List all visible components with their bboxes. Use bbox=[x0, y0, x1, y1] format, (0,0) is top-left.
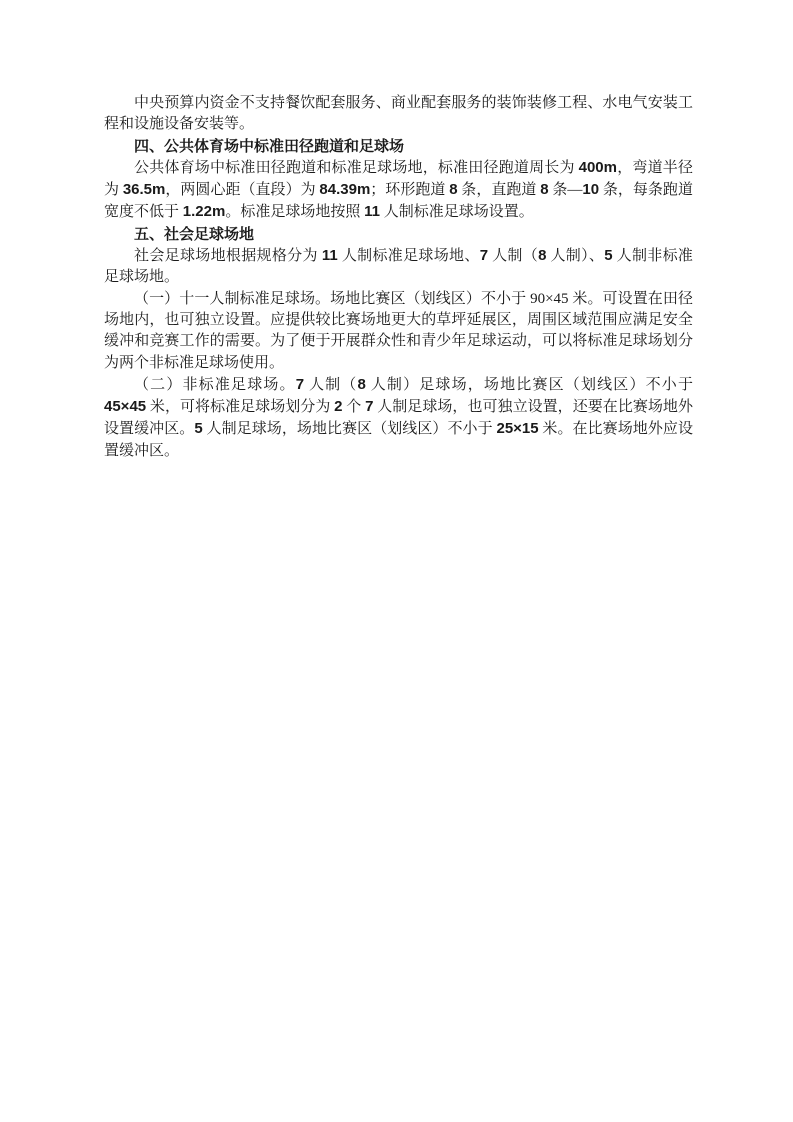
numeric-value: 25×15 bbox=[496, 420, 538, 437]
text-run: 人制足球场，场地比赛区（划线区）不小于 bbox=[203, 421, 497, 437]
numeric-value: 7 bbox=[296, 376, 304, 393]
text-run: 公共体育场中标准田径跑道和标准足球场地，标准田径跑道周长为 bbox=[134, 160, 579, 176]
text-run: ；环形跑道 bbox=[370, 182, 449, 198]
paragraph-track-specs: 公共体育场中标准田径跑道和标准足球场地，标准田径跑道周长为 400m，弯道半径为… bbox=[104, 157, 693, 224]
numeric-value: 84.39m bbox=[319, 181, 370, 198]
text-run: 米，可将标准足球场划分为 bbox=[146, 399, 334, 415]
section-heading-4: 四、公共体育场中标准田径跑道和足球场 bbox=[104, 136, 693, 157]
paragraph-funding-restriction: 中央预算内资金不支持餐饮配套服务、商业配套服务的装饰装修工程、水电气安装工程和设… bbox=[104, 93, 693, 136]
text-run: 人制）、 bbox=[546, 248, 604, 264]
numeric-value: 1.22m bbox=[183, 203, 226, 220]
text-run: 条— bbox=[549, 182, 583, 198]
text-run: 人制）足球场，场地比赛区（划线区）不小于 bbox=[366, 377, 693, 393]
text-run: 个 bbox=[343, 399, 366, 415]
numeric-value: 45×45 bbox=[104, 398, 146, 415]
text-run: （二）非标准足球场。 bbox=[134, 377, 296, 393]
numeric-value: 11 bbox=[322, 247, 338, 264]
text-run: 人制（ bbox=[304, 377, 357, 393]
text-run: （一）十一人制标准足球场。场地比赛区（划线区）不小于 bbox=[134, 291, 530, 307]
section-heading-5: 五、社会足球场地 bbox=[104, 224, 693, 245]
text-run: 中央预算内资金不支持餐饮配套服务、商业配套服务的装饰装修工程、水电气安装工程和设… bbox=[104, 95, 693, 132]
numeric-value: 7 bbox=[480, 247, 488, 264]
numeric-value: 5 bbox=[604, 247, 612, 264]
numeric-value: 11 bbox=[364, 203, 380, 220]
text-run: 人制标准足球场设置。 bbox=[380, 204, 534, 220]
numeric-value: 8 bbox=[357, 376, 365, 393]
numeric-value: 8 bbox=[449, 181, 457, 198]
document-page: 中央预算内资金不支持餐饮配套服务、商业配套服务的装饰装修工程、水电气安装工程和设… bbox=[104, 93, 693, 462]
text-run: 条，直跑道 bbox=[458, 182, 541, 198]
paragraph-eleven-a-side-field: （一）十一人制标准足球场。场地比赛区（划线区）不小于 90×45 米。可设置在田… bbox=[104, 289, 693, 374]
numeric-value: 5 bbox=[194, 420, 202, 437]
text-run: 。标准足球场地按照 bbox=[225, 204, 364, 220]
numeric-value: 400m bbox=[579, 159, 617, 176]
text-run: 社会足球场地根据规格分为 bbox=[134, 248, 322, 264]
text-run: 人制标准足球场地、 bbox=[338, 248, 480, 264]
numeric-value: 90×45 bbox=[530, 291, 568, 307]
numeric-value: 8 bbox=[540, 181, 548, 198]
paragraph-non-standard-field: （二）非标准足球场。7 人制（8 人制）足球场，场地比赛区（划线区）不小于 45… bbox=[104, 374, 693, 462]
paragraph-social-field-categories: 社会足球场地根据规格分为 11 人制标准足球场地、7 人制（8 人制）、5 人制… bbox=[104, 245, 693, 289]
numeric-value: 2 bbox=[334, 398, 342, 415]
numeric-value: 10 bbox=[582, 181, 599, 198]
numeric-value: 36.5m bbox=[123, 181, 166, 198]
text-run: 人制（ bbox=[488, 248, 538, 264]
text-run: ，两圆心距（直段）为 bbox=[165, 182, 319, 198]
